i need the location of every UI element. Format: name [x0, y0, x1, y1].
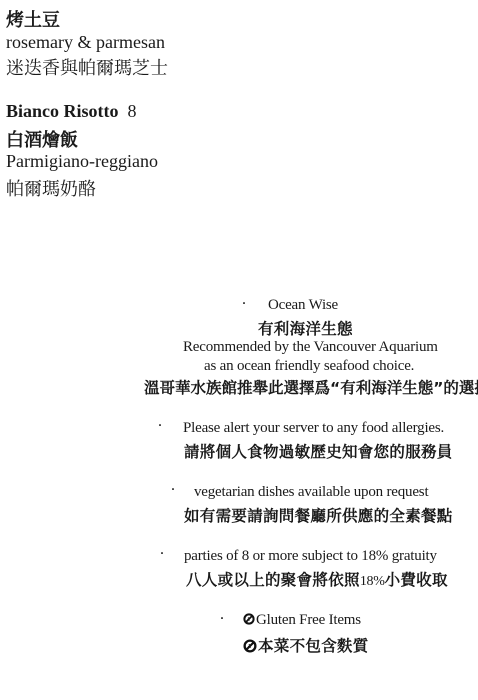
- menu-item-2-description-zh: 帕爾瑪奶酪: [6, 175, 96, 201]
- bullet-ocean-wise: ·: [242, 296, 246, 311]
- menu-item-1-description-zh: 迷迭香與帕爾瑪芝士: [6, 54, 168, 80]
- vegetarian-note-zh: 如有需要請詢問餐廳所供應的全素餐點: [184, 504, 453, 526]
- gluten-free-label-en: Gluten Free Items: [256, 612, 361, 628]
- gluten-free-note-en: Gluten Free Items: [243, 612, 361, 629]
- menu-item-2-title: Bianco Risotto: [6, 101, 119, 121]
- allergies-note-zh: 請將個人食物過敏歷史知會您的服務員: [184, 440, 453, 462]
- bullet-vegetarian: ·: [171, 482, 175, 497]
- menu-item-1-name-zh: 烤土豆: [6, 6, 60, 32]
- menu-item-2-description-en: Parmigiano-reggiano: [6, 151, 158, 172]
- gluten-free-label-zh: 本菜不包含麩質: [258, 637, 369, 655]
- no-gluten-icon: [243, 613, 255, 625]
- menu-item-2-price: 8: [128, 101, 137, 121]
- bullet-gratuity: ·: [160, 546, 164, 561]
- no-gluten-icon: [243, 639, 257, 653]
- bullet-allergies: ·: [158, 418, 162, 433]
- ocean-wise-title-zh: 有利海洋生態: [258, 317, 353, 339]
- gratuity-zh-suffix: 小費收取: [385, 571, 448, 589]
- allergies-note-en: Please alert your server to any food all…: [183, 420, 444, 437]
- gratuity-zh-prefix: 八人或以上的聚會將依照: [186, 571, 360, 589]
- bullet-gluten-free: ·: [220, 611, 224, 626]
- gratuity-note-en: parties of 8 or more subject to 18% grat…: [184, 548, 437, 565]
- gluten-free-note-zh: 本菜不包含麩質: [243, 634, 369, 656]
- gratuity-note-zh: 八人或以上的聚會將依照18%小費收取: [186, 568, 448, 590]
- ocean-wise-line-zh: 溫哥華水族館推舉此選擇爲“有利海洋生態”的選擇。: [144, 376, 478, 398]
- gratuity-zh-percent: 18%: [360, 574, 385, 589]
- menu-item-2-name-en: Bianco Risotto 8: [6, 101, 137, 122]
- ocean-wise-line2-en: as an ocean friendly seafood choice.: [204, 358, 414, 375]
- menu-item-2-name-zh: 白酒燴飯: [6, 126, 78, 152]
- vegetarian-note-en: vegetarian dishes available upon request: [194, 484, 428, 501]
- menu-item-1-description-en: rosemary & parmesan: [6, 32, 165, 53]
- ocean-wise-title-en: Ocean Wise: [268, 297, 338, 314]
- ocean-wise-line1-en: Recommended by the Vancouver Aquarium: [183, 339, 438, 356]
